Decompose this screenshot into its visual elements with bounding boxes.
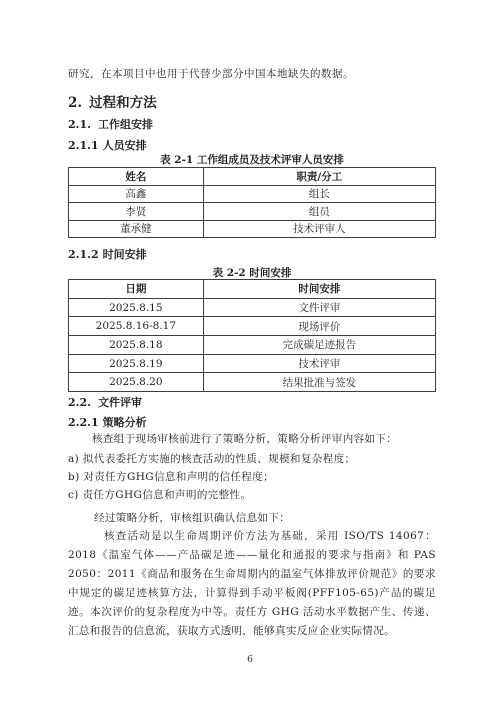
- schedule-table-row: 2025.8.19 技术评审: [69, 354, 436, 373]
- schedule-table: 日期 时间安排 2025.8.15 文件评审 2025.8.16-8.17 现场…: [68, 279, 436, 392]
- strategy-intro-paragraph: 核查组于现场审核前进行了策略分析，策略分析评审内容如下：: [68, 432, 436, 446]
- schedule-activity-cell: 技术评审: [203, 354, 435, 373]
- intro-paragraph: 研究，在本项目中也用于代替少部分中国本地缺失的数据。: [68, 67, 436, 81]
- schedule-date-cell: 2025.8.19: [69, 354, 204, 373]
- schedule-table-row: 2025.8.18 完成碳足迹报告: [69, 336, 436, 355]
- personnel-name-cell: 李贤: [69, 203, 204, 221]
- strategy-list-item-c: c) 责任方GHG信息和声明的完整性。: [68, 488, 436, 502]
- strategy-list-item-b: b) 对责任方GHG信息和声明的信任程度；: [68, 470, 436, 484]
- schedule-date-cell: 2025.8.15: [69, 298, 204, 317]
- schedule-activity-cell: 完成碳足迹报告: [203, 336, 435, 355]
- schedule-table-row: 2025.8.15 文件评审: [69, 298, 436, 317]
- personnel-role-cell: 技术评审人: [203, 220, 435, 238]
- document-page: 研究，在本项目中也用于代替少部分中国本地缺失的数据。 2.过程和方法 2.1.工…: [0, 0, 500, 707]
- section-2-1-1-title: 人员安排: [103, 139, 147, 153]
- section-2-2-heading: 2.2.文件评审: [68, 395, 436, 410]
- section-2-heading: 2.过程和方法: [68, 94, 436, 112]
- table-2-2-caption: 表 2-2 时间安排: [68, 267, 436, 279]
- schedule-table-header-row: 日期 时间安排: [69, 280, 436, 299]
- schedule-header-date: 日期: [69, 280, 204, 299]
- personnel-table-row: 李贤 组员: [69, 203, 436, 221]
- schedule-activity-cell: 现场评价: [203, 317, 435, 336]
- section-2-1-heading: 2.1.工作组安排: [68, 117, 436, 132]
- personnel-role-cell: 组员: [203, 203, 435, 221]
- schedule-header-activity: 时间安排: [203, 280, 435, 299]
- section-2-2-title: 文件评审: [98, 395, 142, 410]
- table-2-1-caption: 表 2-1 工作组成员及技术评审人员安排: [68, 153, 436, 167]
- section-2-1-1-heading: 2.1.1人员安排: [68, 139, 436, 153]
- analysis-detail-paragraph: 核查活动是以生命周期评价方法为基础，采用 ISO/TS 14067：2018《温…: [68, 527, 436, 641]
- schedule-activity-cell: 结果批准与签发: [203, 373, 435, 392]
- personnel-table-row: 高鑫 组长: [69, 185, 436, 203]
- schedule-activity-cell: 文件评审: [203, 298, 435, 317]
- section-2-2-1-title: 策略分析: [103, 416, 147, 430]
- section-2-2-1-heading: 2.2.1策略分析: [68, 416, 436, 430]
- strategy-list-item-a: a) 拟代表委托方实施的核查活动的性质、规模和复杂程度；: [68, 452, 436, 466]
- section-2-2-1-number: 2.2.1: [68, 416, 99, 429]
- section-2-title: 过程和方法: [89, 94, 157, 112]
- schedule-table-row: 2025.8.16-8.17 现场评价: [69, 317, 436, 336]
- personnel-header-name: 姓名: [69, 168, 204, 186]
- personnel-name-cell: 高鑫: [69, 185, 204, 203]
- personnel-role-cell: 组长: [203, 185, 435, 203]
- personnel-table-header-row: 姓名 职责/分工: [69, 168, 436, 186]
- section-2-1-title: 工作组安排: [98, 117, 153, 132]
- schedule-date-cell: 2025.8.20: [69, 373, 204, 392]
- section-2-2-number: 2.2.: [68, 396, 91, 409]
- page-number: 6: [0, 655, 500, 665]
- personnel-table-row: 董承健 技术评审人: [69, 220, 436, 238]
- personnel-header-role: 职责/分工: [203, 168, 435, 186]
- schedule-table-row: 2025.8.20 结果批准与签发: [69, 373, 436, 392]
- section-2-1-1-number: 2.1.1: [68, 139, 99, 152]
- personnel-name-cell: 董承健: [69, 220, 204, 238]
- section-2-1-2-number: 2.1.2: [68, 248, 99, 261]
- schedule-date-cell: 2025.8.18: [69, 336, 204, 355]
- section-2-1-2-heading: 2.1.2时间安排: [68, 248, 436, 262]
- section-2-1-number: 2.1.: [68, 118, 91, 131]
- analysis-result-intro-paragraph: 经过策略分析，审核组识确认信息如下：: [68, 511, 436, 525]
- schedule-date-cell: 2025.8.16-8.17: [69, 317, 204, 336]
- personnel-table: 姓名 职责/分工 高鑫 组长 李贤 组员 董承健 技术评审人: [68, 167, 436, 238]
- section-2-number: 2.: [68, 95, 82, 111]
- section-2-1-2-title: 时间安排: [103, 248, 147, 262]
